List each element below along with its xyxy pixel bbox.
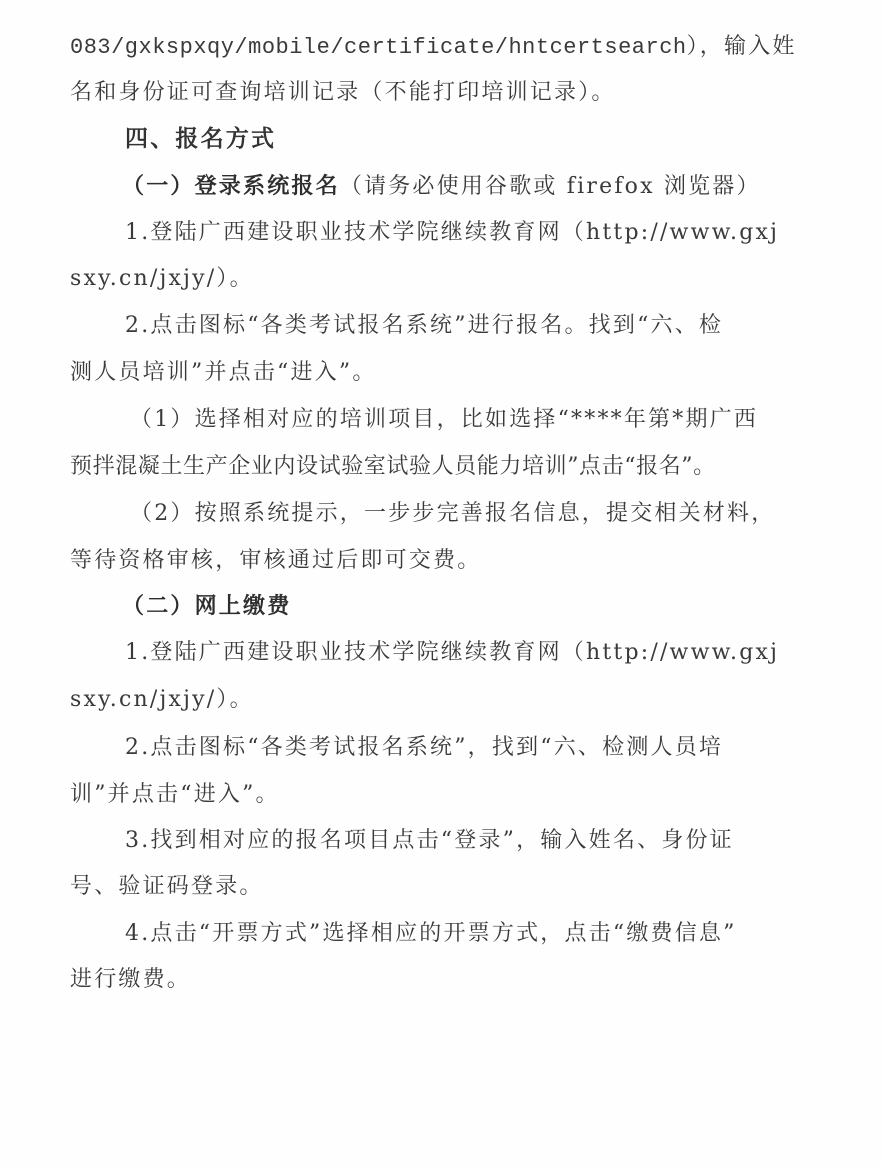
subsection-one-note: （请务必使用谷歌或 firefox 浏览器） bbox=[340, 174, 761, 199]
step-two-line-1: 2.点击图标“各类考试报名系统”进行报名。找到“六、检 bbox=[125, 311, 815, 341]
substep-one-line-2: 预拌混凝土生产企业内设试验室试验人员能力培训”点击“报名”。 bbox=[70, 452, 810, 482]
payment-step-three-line-1: 3.找到相对应的报名项目点击“登录”，输入姓名、身份证 bbox=[125, 826, 815, 856]
substep-two-line-2: 等待资格审核，审核通过后即可交费。 bbox=[70, 546, 810, 576]
payment-step-four-line-2: 进行缴费。 bbox=[70, 965, 810, 995]
payment-step-one-line-2: sxy.cn/jxjy/）。 bbox=[70, 685, 810, 715]
payment-step-three-line-2: 号、验证码登录。 bbox=[70, 872, 810, 902]
subsection-one-heading-line: （一）登录系统报名（请务必使用谷歌或 firefox 浏览器） bbox=[122, 172, 812, 202]
payment-step-four-line-1: 4.点击“开票方式”选择相应的开票方式，点击“缴费信息” bbox=[125, 919, 815, 949]
payment-step-two-line-2: 训”并点击“进入”。 bbox=[70, 780, 810, 810]
step-one-line-2: sxy.cn/jxjy/）。 bbox=[70, 264, 810, 294]
text-fragment: ），输入姓 bbox=[687, 34, 797, 59]
substep-two-line-1: （2）按照系统提示，一步步完善报名信息，提交相关材料， bbox=[130, 499, 820, 529]
step-two-line-2: 测人员培训”并点击“进入”。 bbox=[70, 358, 810, 388]
paragraph-cert-search-line-2: 名和身份证可查询培训记录（不能打印培训记录）。 bbox=[70, 78, 810, 108]
subsection-one-title: （一）登录系统报名 bbox=[122, 174, 340, 199]
payment-step-two-line-1: 2.点击图标“各类考试报名系统”，找到“六、检测人员培 bbox=[125, 733, 815, 763]
cert-search-path-link[interactable]: 083/gxkspxqy/mobile/certificate/hntcerts… bbox=[70, 35, 687, 60]
subsection-two-heading: （二）网上缴费 bbox=[122, 592, 812, 622]
payment-step-one-line-1: 1.登陆广西建设职业技术学院继续教育网（http://www.gxj bbox=[125, 638, 815, 668]
section-four-heading: 四、报名方式 bbox=[125, 124, 815, 154]
document-page: 083/gxkspxqy/mobile/certificate/hntcerts… bbox=[0, 0, 882, 1166]
step-one-line-1: 1.登陆广西建设职业技术学院继续教育网（http://www.gxj bbox=[125, 218, 815, 248]
paragraph-cert-search-line-1: 083/gxkspxqy/mobile/certificate/hntcerts… bbox=[70, 32, 810, 62]
substep-one-line-1: （1）选择相对应的培训项目，比如选择“****年第*期广西 bbox=[130, 405, 820, 435]
